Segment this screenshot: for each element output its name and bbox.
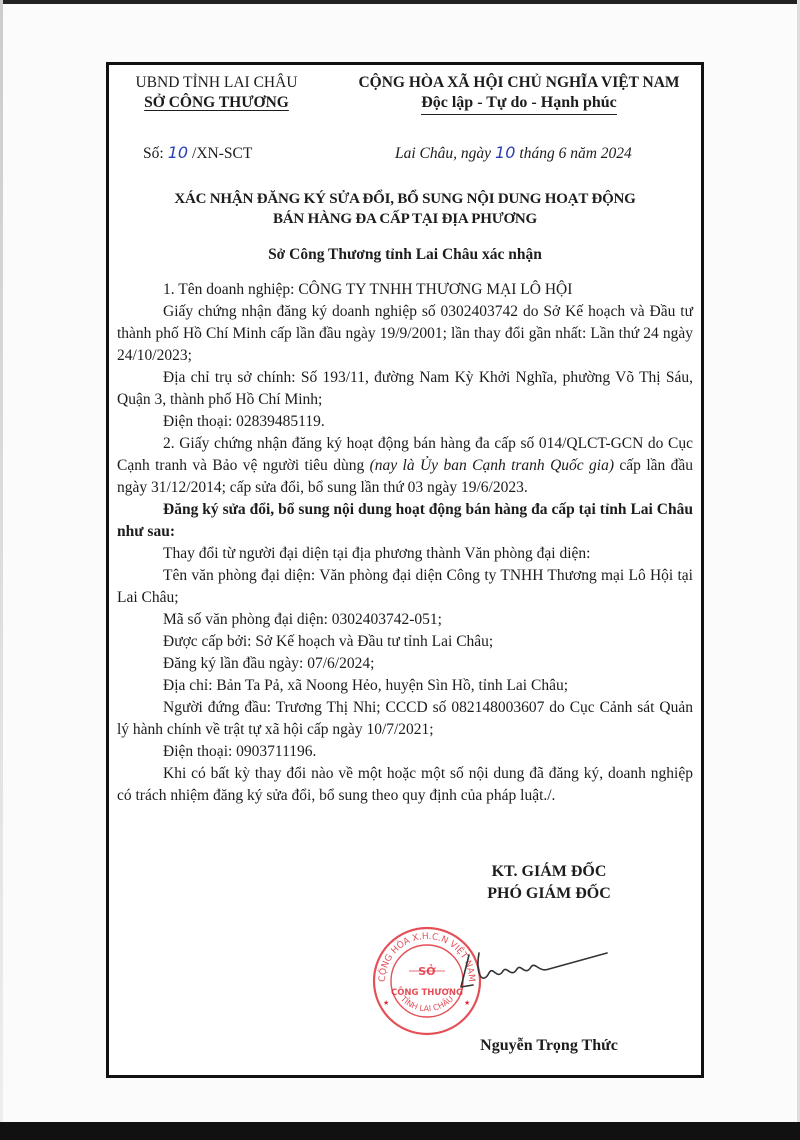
handwritten-signature-icon	[439, 945, 609, 995]
nation-name: CỘNG HÒA XÃ HỘI CHỦ NGHĨA VIỆT NAM	[339, 73, 699, 93]
authority-province: UBND TỈNH LAI CHÂU	[109, 73, 324, 93]
office-name: Tên văn phòng đại diện: Văn phòng đại di…	[117, 565, 693, 609]
office-registration-date: Đăng ký lần đầu ngày: 07/6/2024;	[117, 653, 693, 675]
scan-edge-bottom	[0, 1122, 800, 1140]
office-head: Người đứng đầu: Trương Thị Nhi; CCCD số …	[117, 697, 693, 741]
document-number: Số:10/XN-SCT	[143, 143, 252, 163]
document-title: XÁC NHẬN ĐĂNG KÝ SỬA ĐỔI, BỔ SUNG NỘI DU…	[109, 189, 701, 229]
business-registration: Giấy chứng nhận đăng ký doanh nghiệp số …	[117, 301, 693, 367]
signature-title: KT. GIÁM ĐỐC PHÓ GIÁM ĐỐC	[439, 861, 659, 905]
multilevel-certificate: 2. Giấy chứng nhận đăng ký hoạt động bán…	[117, 433, 693, 499]
office-code: Mã số văn phòng đại diện: 0302403742-051…	[117, 609, 693, 631]
authority-department: SỞ CÔNG THƯƠNG	[144, 94, 289, 111]
national-motto: Độc lập - Tự do - Hạnh phúc	[421, 93, 617, 115]
office-address: Địa chỉ: Bản Ta Pả, xã Noong Hẻo, huyện …	[117, 675, 693, 697]
office-issuer: Được cấp bởi: Sở Kế hoạch và Đầu tư tỉnh…	[117, 631, 693, 653]
signer-name: Nguyễn Trọng Thức	[439, 1037, 659, 1055]
document-subtitle: Sở Công Thương tỉnh Lai Châu xác nhận	[109, 246, 701, 264]
scan-edge-top	[0, 0, 800, 4]
handwritten-number: 10	[164, 143, 192, 162]
national-heading: CỘNG HÒA XÃ HỘI CHỦ NGHĨA VIỆT NAM Độc l…	[339, 73, 699, 115]
scan-edge-left	[0, 0, 3, 1140]
document-frame: UBND TỈNH LAI CHÂU SỞ CÔNG THƯƠNG CỘNG H…	[106, 62, 704, 1078]
enterprise-name: 1. Tên doanh nghiệp: CÔNG TY TNHH THƯƠNG…	[117, 279, 693, 301]
svg-text:★: ★	[464, 999, 470, 1007]
document-date: Lai Châu, ngày10tháng 6 năm 2024	[395, 143, 632, 163]
closing-note: Khi có bất kỳ thay đổi nào về một hoặc m…	[117, 763, 693, 807]
head-office-phone: Điện thoại: 02839485119.	[117, 411, 693, 433]
document-body: 1. Tên doanh nghiệp: CÔNG TY TNHH THƯƠNG…	[117, 279, 693, 807]
handwritten-day: 10	[491, 143, 519, 162]
change-description: Thay đổi từ người đại diện tại địa phươn…	[117, 543, 693, 565]
svg-text:★: ★	[383, 999, 389, 1007]
head-office-address: Địa chỉ trụ sở chính: Số 193/11, đường N…	[117, 367, 693, 411]
amendment-heading: Đăng ký sửa đổi, bổ sung nội dung hoạt đ…	[117, 499, 693, 543]
office-phone: Điện thoại: 0903711196.	[117, 741, 693, 763]
issuing-authority: UBND TỈNH LAI CHÂU SỞ CÔNG THƯƠNG	[109, 73, 324, 113]
